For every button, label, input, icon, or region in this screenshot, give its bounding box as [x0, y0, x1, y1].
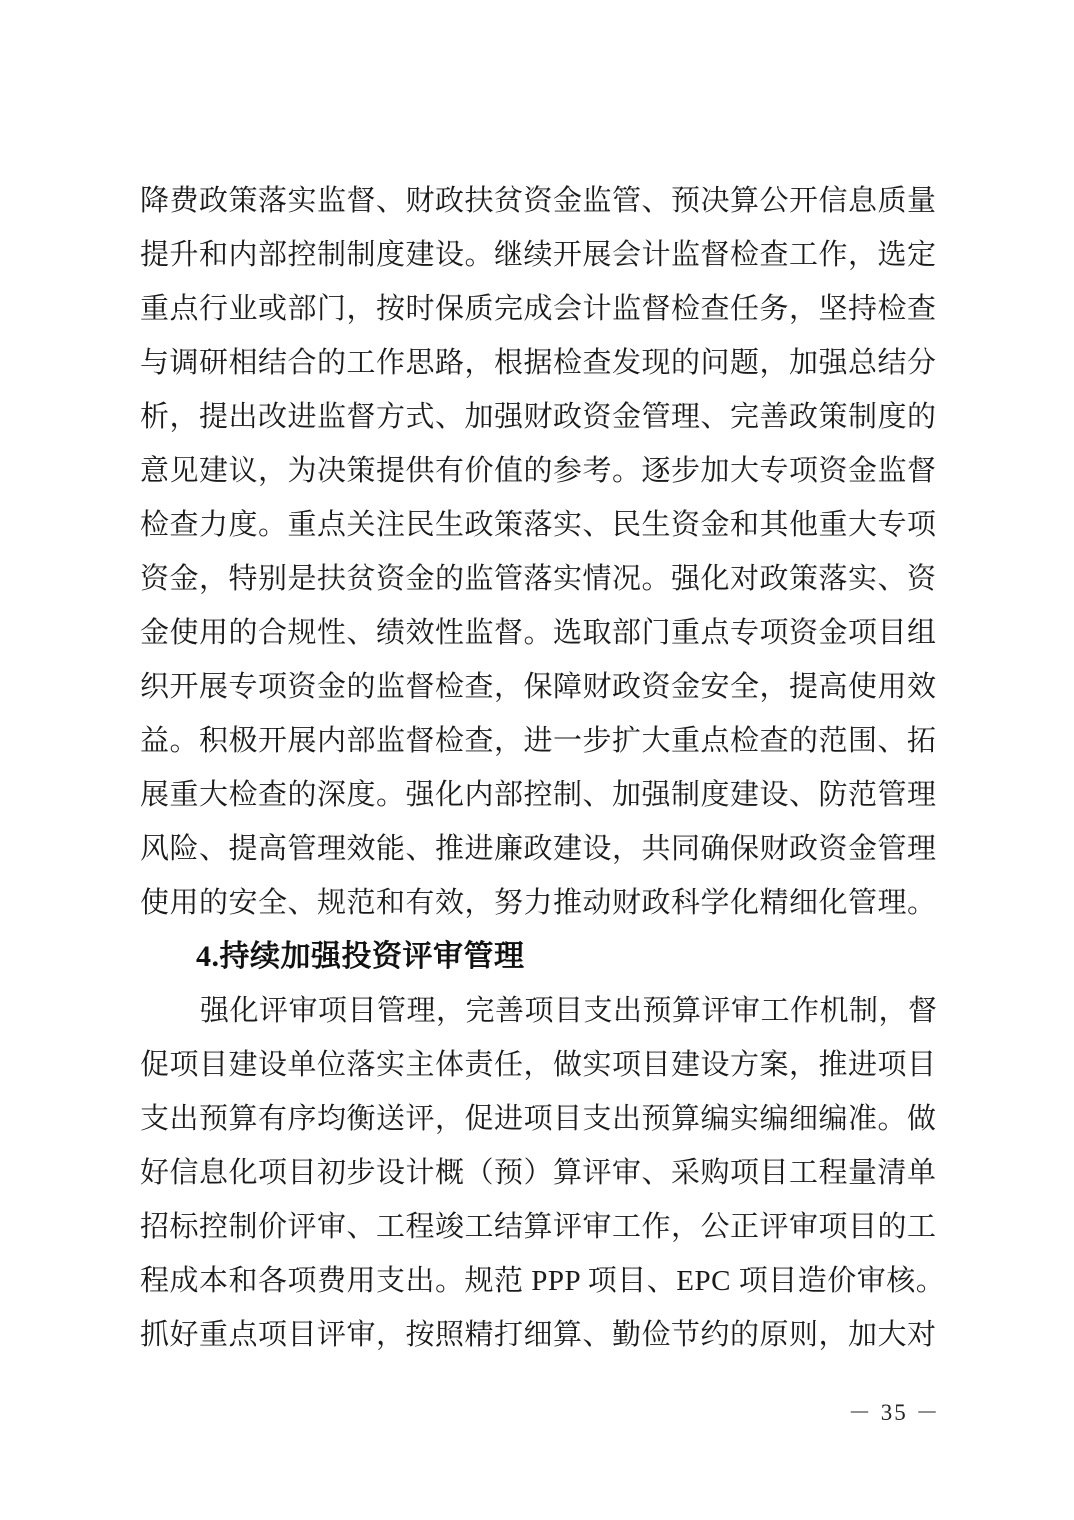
text-line: 织开展专项资金的监督检查，保障财政资金安全，提高使用效 — [140, 666, 934, 720]
text-line: 促项目建设单位落实主体责任，做实项目建设方案，推进项目 — [140, 1044, 934, 1098]
text-line: 风险、提高管理效能、推进廉政建设，共同确保财政资金管理 — [140, 828, 934, 882]
text-line: 检查力度。重点关注民生政策落实、民生资金和其他重大专项 — [140, 504, 934, 558]
text-line: 降费政策落实监督、财政扶贫资金监管、预决算公开信息质量 — [140, 180, 934, 234]
paragraph-1: 降费政策落实监督、财政扶贫资金监管、预决算公开信息质量 提升和内部控制制度建设。… — [140, 180, 934, 936]
text-line: 使用的安全、规范和有效，努力推动财政科学化精细化管理。 — [140, 882, 934, 936]
text-line: 程成本和各项费用支出。规范 PPP 项目、EPC 项目造价审核。 — [140, 1260, 934, 1314]
text-line: 支出预算有序均衡送评，促进项目支出预算编实编细编准。做 — [140, 1098, 934, 1152]
text-line: 强化评审项目管理，完善项目支出预算评审工作机制，督 — [140, 990, 934, 1044]
text-line: 资金，特别是扶贫资金的监管落实情况。强化对政策落实、资 — [140, 558, 934, 612]
text-block: 降费政策落实监督、财政扶贫资金监管、预决算公开信息质量 提升和内部控制制度建设。… — [140, 180, 934, 1368]
text-line: 招标控制价评审、工程竣工结算评审工作，公正评审项目的工 — [140, 1206, 934, 1260]
text-line: 与调研相结合的工作思路，根据检查发现的问题，加强总结分 — [140, 342, 934, 396]
text-line: 提升和内部控制制度建设。继续开展会计监督检查工作，选定 — [140, 234, 934, 288]
text-line: 析，提出改进监督方式、加强财政资金管理、完善政策制度的 — [140, 396, 934, 450]
text-line: 金使用的合规性、绩效性监督。选取部门重点专项资金项目组 — [140, 612, 934, 666]
paragraph-2: 强化评审项目管理，完善项目支出预算评审工作机制，督 促项目建设单位落实主体责任，… — [140, 990, 934, 1368]
text-line: 抓好重点项目评审，按照精打细算、勤俭节约的原则，加大对 — [140, 1314, 934, 1368]
text-line: 展重大检查的深度。强化内部控制、加强制度建设、防范管理 — [140, 774, 934, 828]
section-heading: 4.持续加强投资评审管理 — [140, 936, 934, 990]
text-line: 益。积极开展内部监督检查，进一步扩大重点检查的范围、拓 — [140, 720, 934, 774]
text-line: 意见建议，为决策提供有价值的参考。逐步加大专项资金监督 — [140, 450, 934, 504]
text-line: 好信息化项目初步设计概（预）算评审、采购项目工程量清单 — [140, 1152, 934, 1206]
text-line: 重点行业或部门，按时保质完成会计监督检查任务，坚持检查 — [140, 288, 934, 342]
document-page: 降费政策落实监督、财政扶贫资金监管、预决算公开信息质量 提升和内部控制制度建设。… — [0, 0, 1074, 1520]
page-number: － 35 － — [848, 1394, 958, 1427]
